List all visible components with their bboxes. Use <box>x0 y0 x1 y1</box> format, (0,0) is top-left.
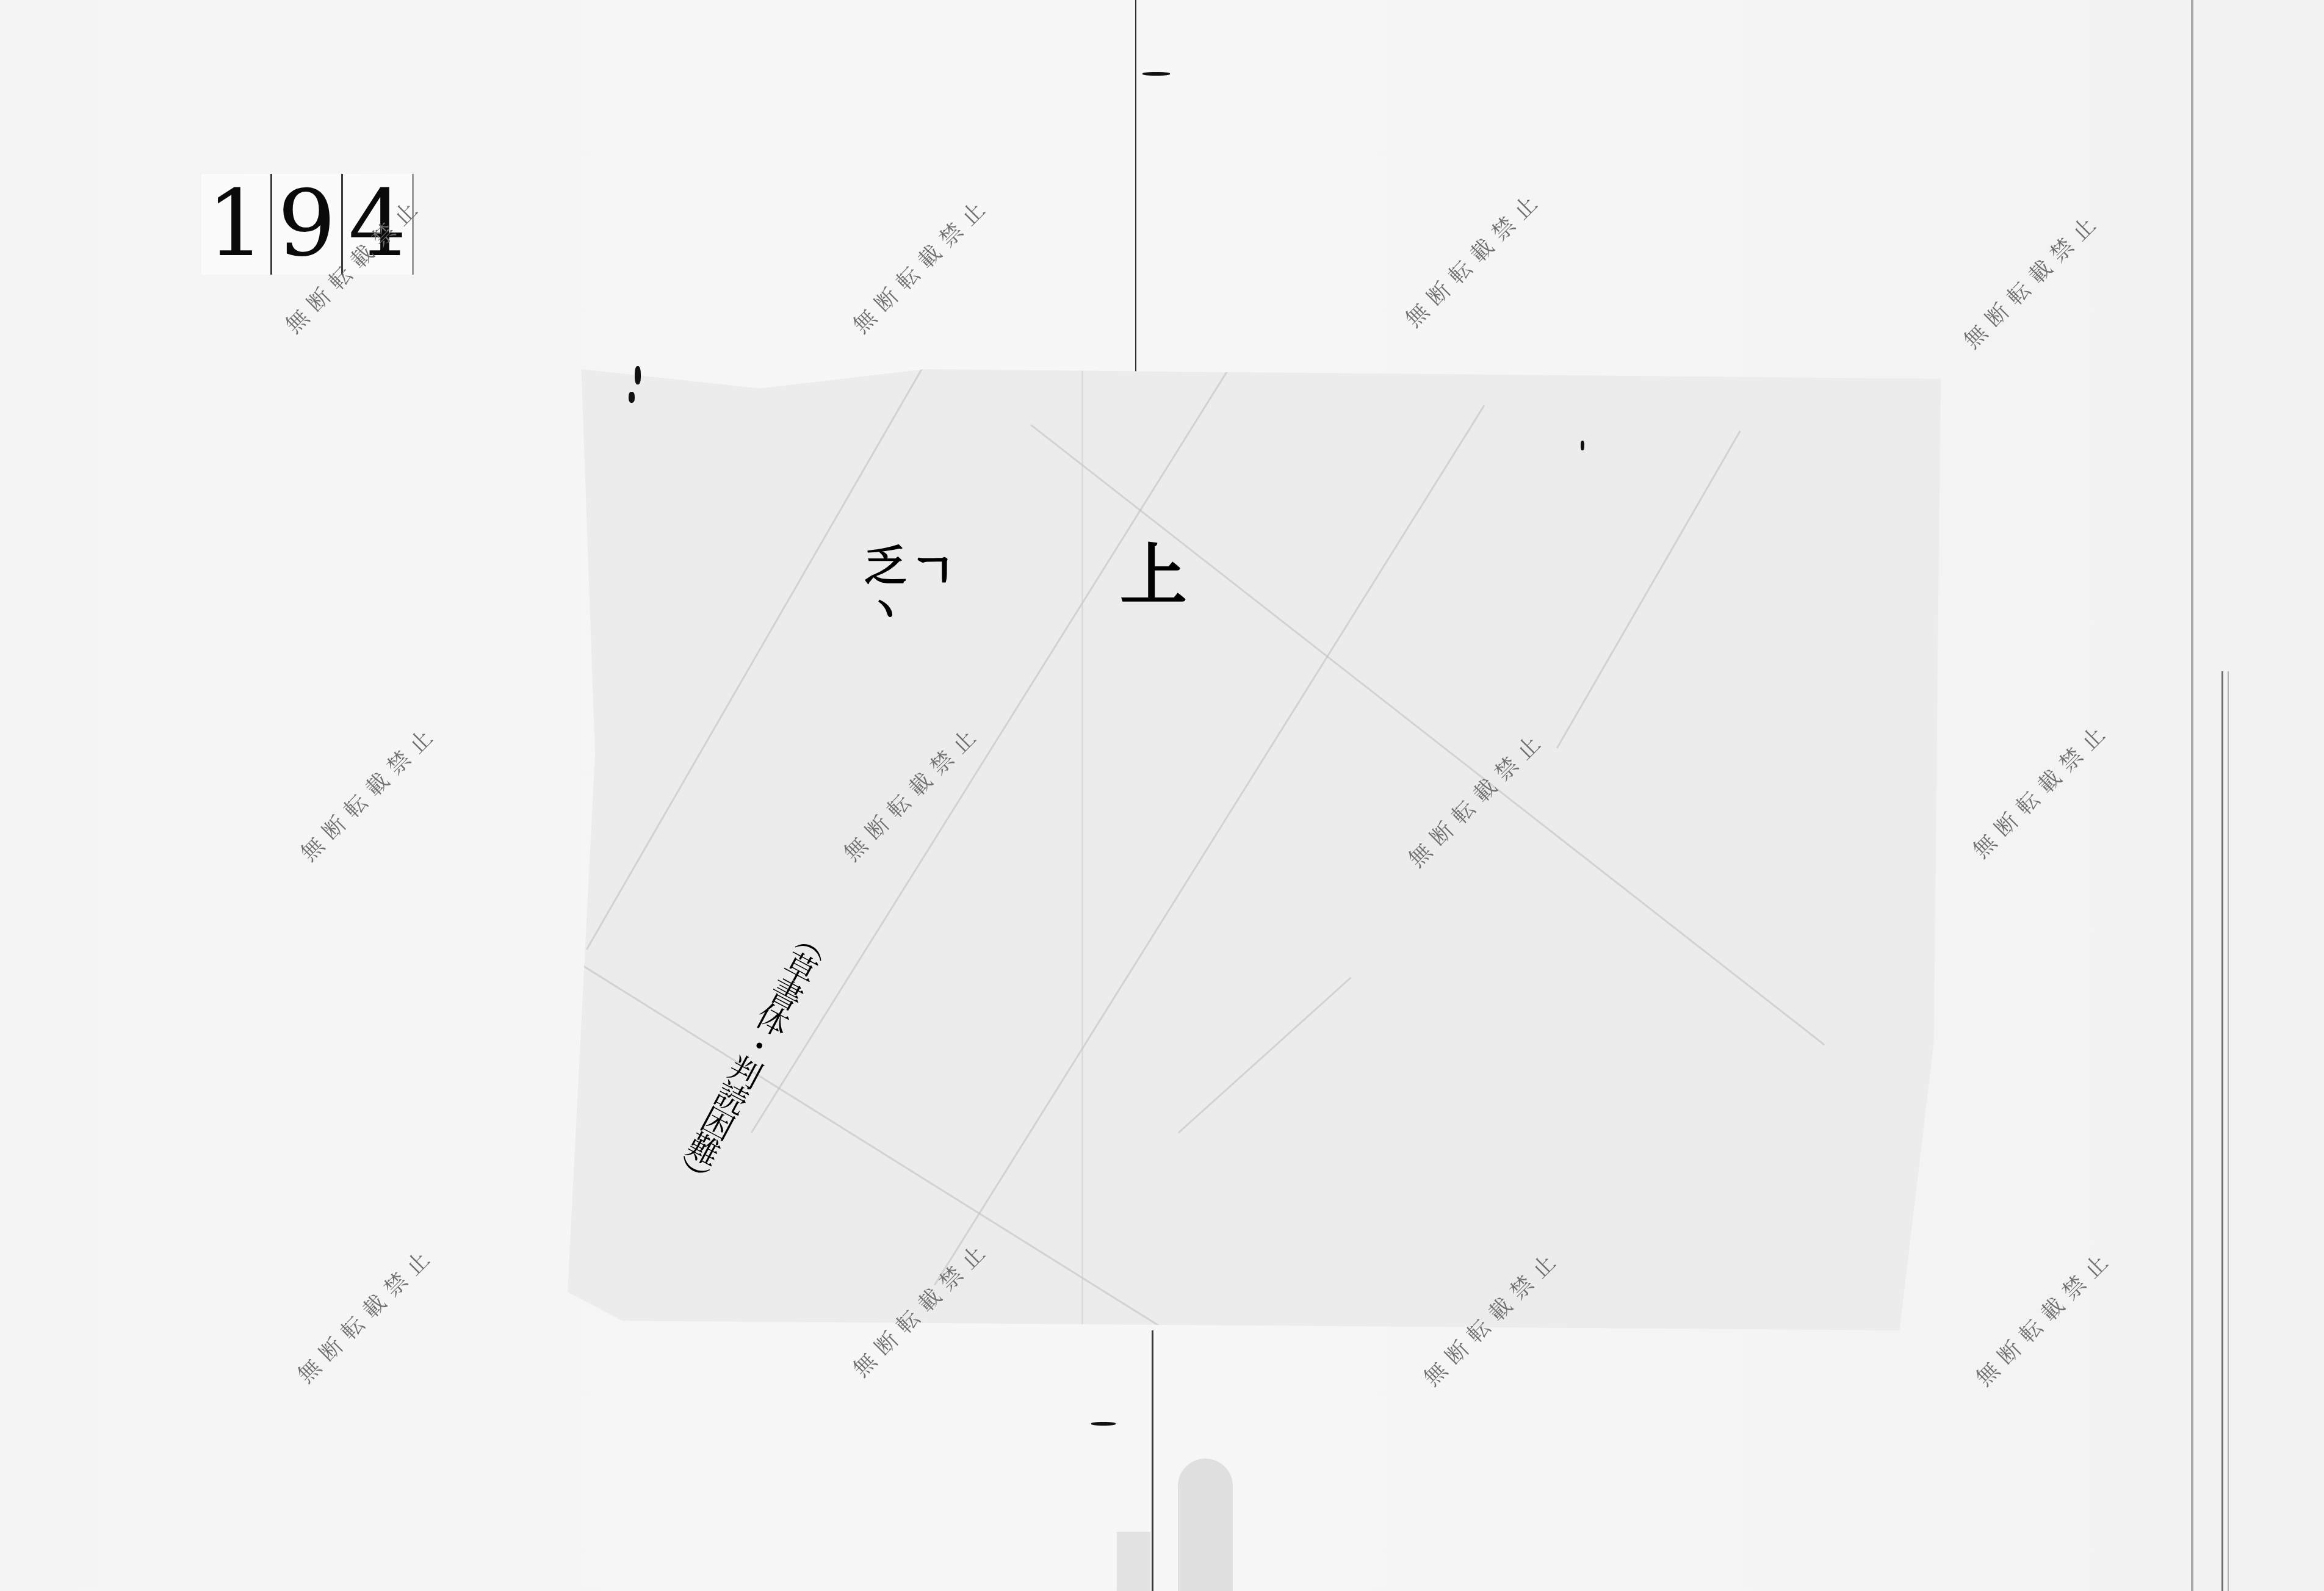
fold-crease <box>1178 977 1351 1133</box>
ink-speck <box>629 392 635 403</box>
ink-speck <box>1142 72 1170 76</box>
page-digit: 9 <box>272 174 343 275</box>
fold-crease <box>566 955 1214 1361</box>
ink-speck <box>1581 441 1584 450</box>
scan-shadow <box>1117 1532 1150 1591</box>
ink-speck <box>635 366 641 384</box>
fold-crease <box>1081 369 1083 1330</box>
folded-letter <box>568 369 1941 1330</box>
binding-line-top <box>1135 0 1136 378</box>
fold-crease <box>1556 430 1741 748</box>
scan-shadow <box>1178 1459 1233 1591</box>
fold-crease <box>751 330 1254 1133</box>
fold-crease <box>934 405 1485 1285</box>
page-edge-line-light <box>2228 671 2229 1591</box>
fold-crease <box>1030 424 1825 1045</box>
inscription-mark: ㄱ <box>909 531 956 601</box>
ink-speck <box>1091 1422 1116 1426</box>
inscription-ue: 上 <box>1120 522 1187 618</box>
inscription-small: 乏ヽ <box>851 543 913 629</box>
binding-line-bottom <box>1152 1330 1153 1591</box>
page-edge-line <box>2191 0 2193 1591</box>
page-digit: 1 <box>201 174 272 275</box>
fold-crease <box>586 341 939 950</box>
page-edge-line-dark <box>2221 671 2223 1591</box>
